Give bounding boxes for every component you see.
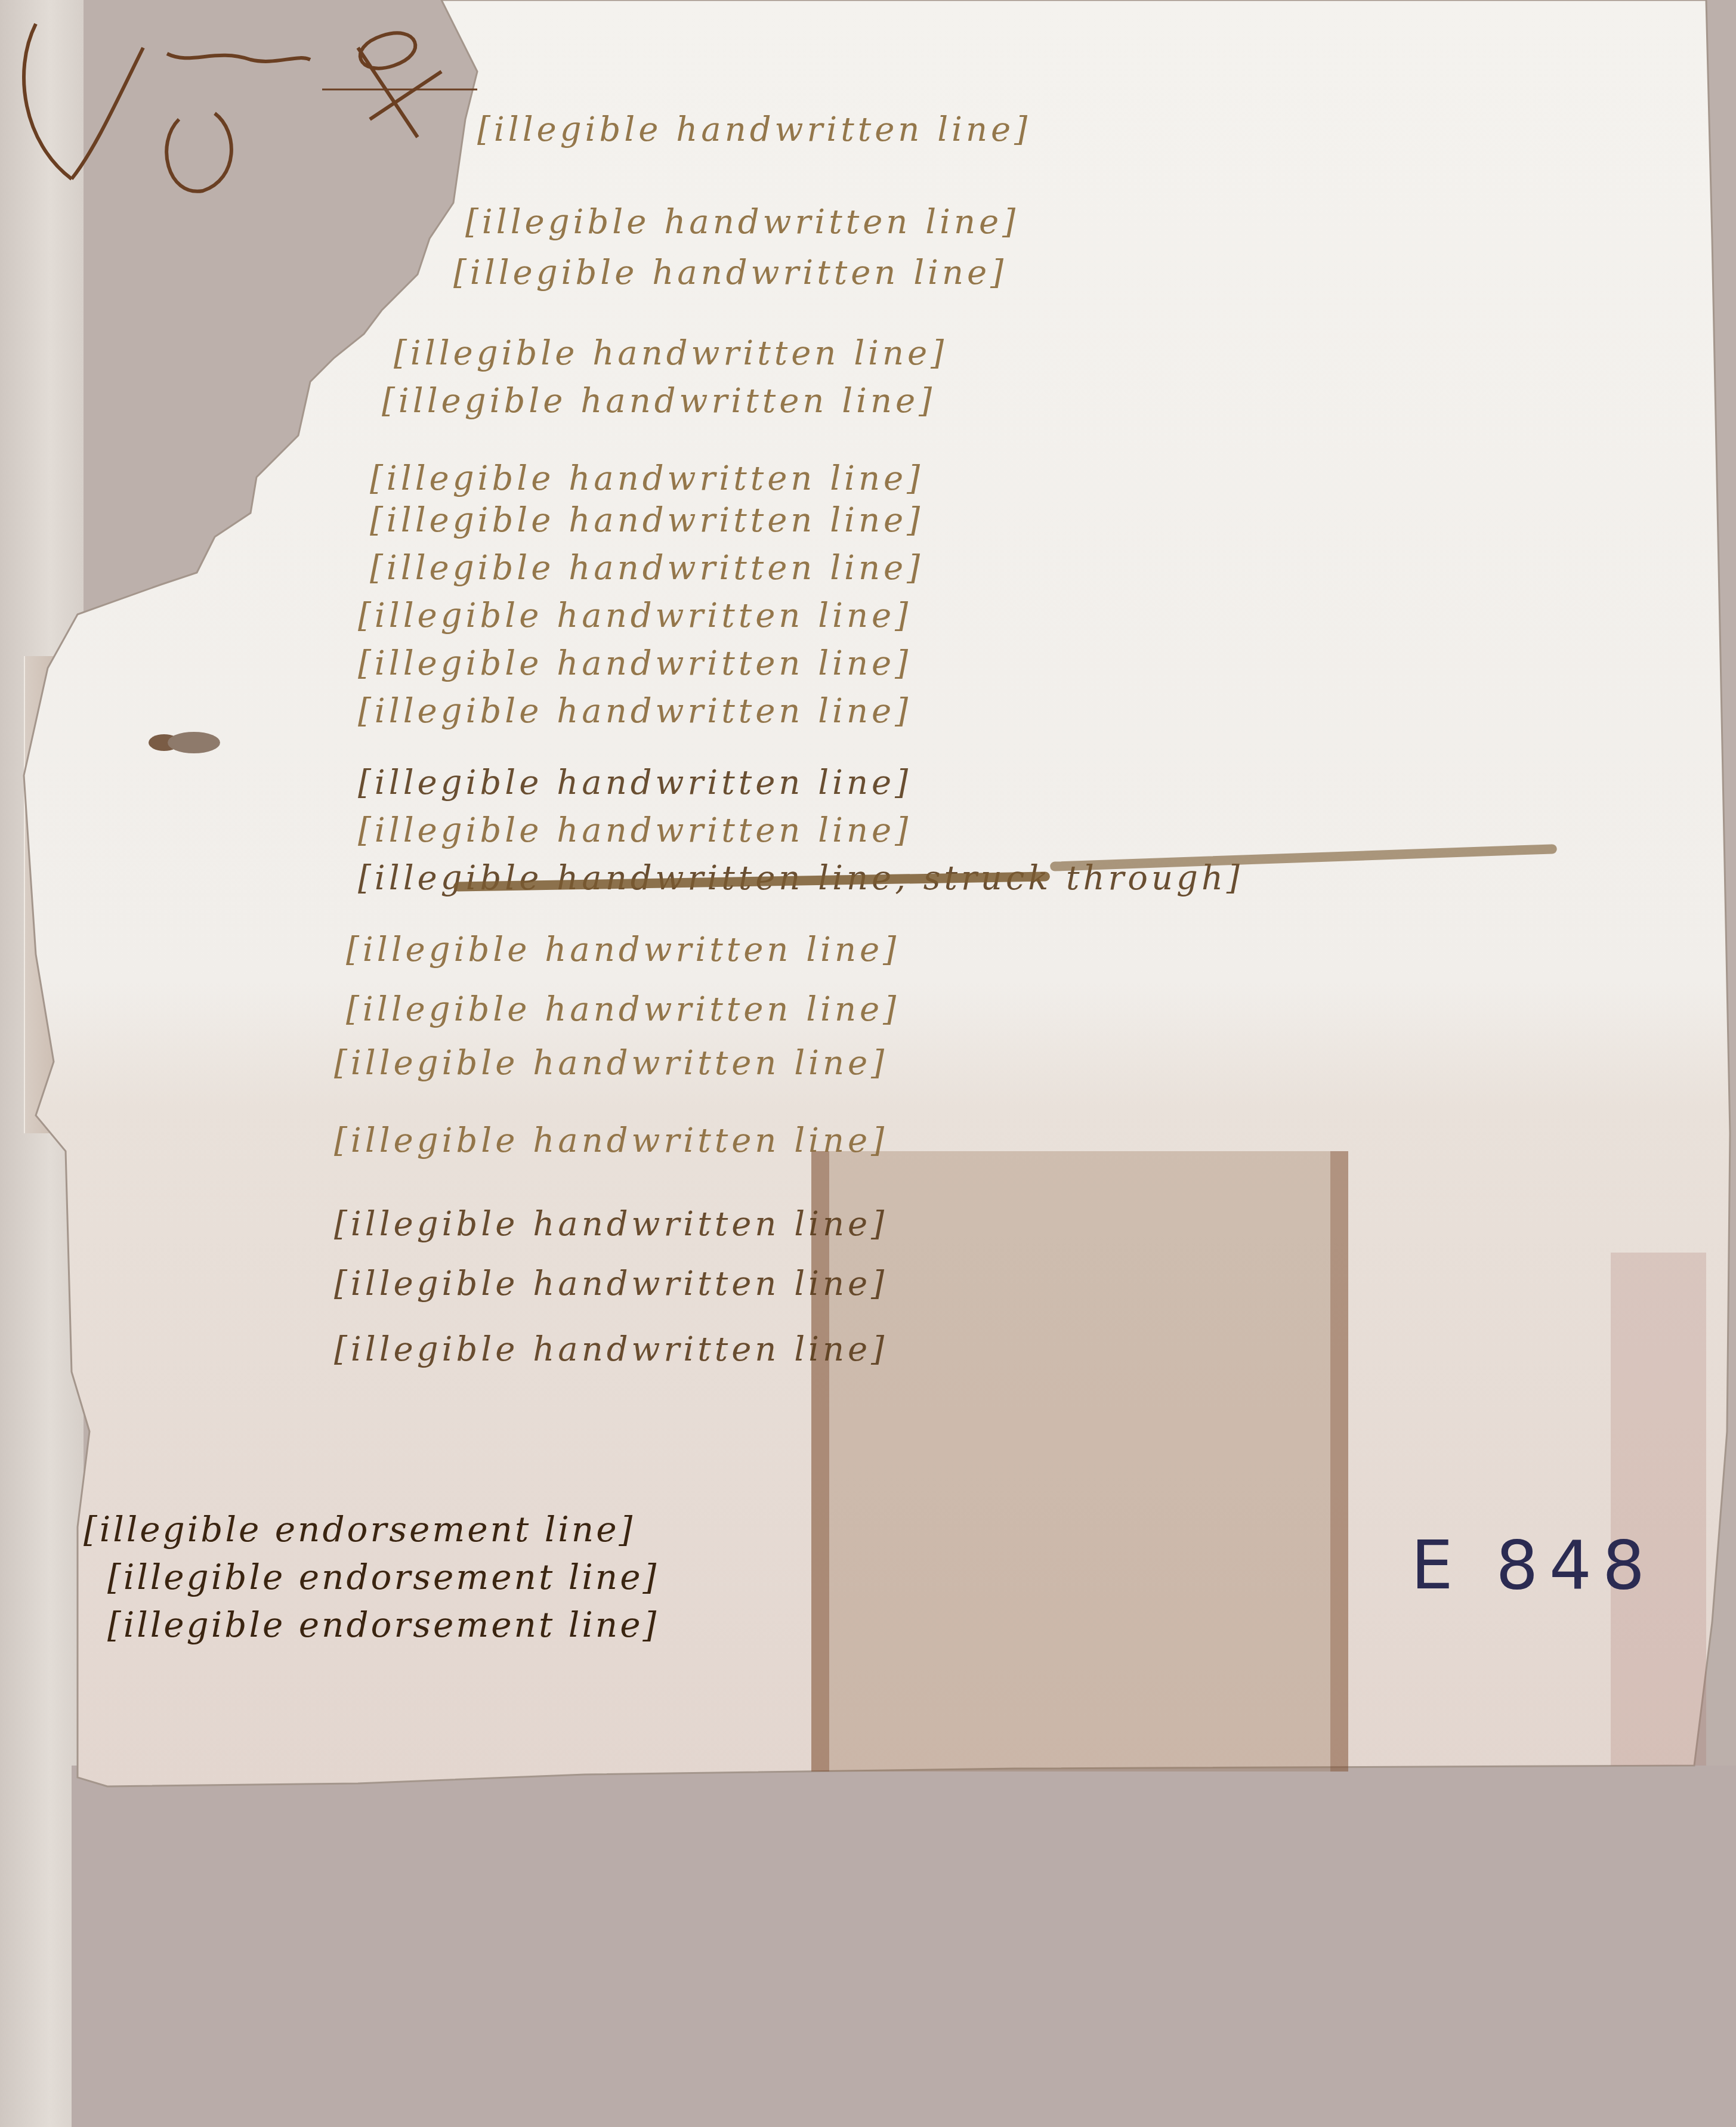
text-line: [illegible handwritten line]: [334, 1265, 888, 1303]
text-line: [illegible handwritten line]: [358, 644, 912, 683]
text-line: [illegible handwritten line]: [358, 692, 912, 731]
text-line: [illegible handwritten line]: [358, 763, 912, 802]
text-line: [illegible handwritten line]: [346, 990, 900, 1029]
water-stain: [811, 1151, 1348, 1772]
text-line: [illegible handwritten line]: [382, 382, 935, 421]
text-line: [illegible handwritten line]: [358, 811, 912, 850]
paper-hole: [168, 732, 220, 753]
endorsement-line: [illegible endorsement line]: [107, 1604, 659, 1645]
text-line: [illegible handwritten line]: [334, 1205, 888, 1244]
text-line: [illegible handwritten line]: [453, 253, 1007, 292]
fold-line: [1330, 1151, 1348, 1772]
text-line: [illegible handwritten line]: [465, 203, 1019, 242]
fold-line: [811, 1151, 829, 1772]
signature-mark: [0, 0, 477, 203]
endorsement-line: [illegible endorsement line]: [84, 1509, 635, 1550]
text-line: [illegible handwritten line]: [334, 1044, 888, 1083]
archive-mark: E 848: [1411, 1527, 1655, 1604]
text-line: [illegible handwritten line]: [334, 1330, 888, 1369]
text-line: [illegible handwritten line]: [334, 1121, 888, 1160]
endorsement-line: [illegible endorsement line]: [107, 1557, 659, 1597]
edge-stain: [1611, 1253, 1706, 1766]
manuscript-leaf: [illegible handwritten line] [illegible …: [0, 0, 1736, 2127]
text-line: [illegible handwritten line]: [370, 501, 923, 540]
text-line: [illegible handwritten line]: [346, 930, 900, 969]
text-line: [illegible handwritten line]: [370, 459, 923, 498]
text-line: [illegible handwritten line]: [370, 549, 923, 588]
text-line: [illegible handwritten line]: [477, 110, 1031, 149]
text-line: [illegible handwritten line]: [358, 596, 912, 635]
text-line: [illegible handwritten line]: [394, 334, 947, 373]
